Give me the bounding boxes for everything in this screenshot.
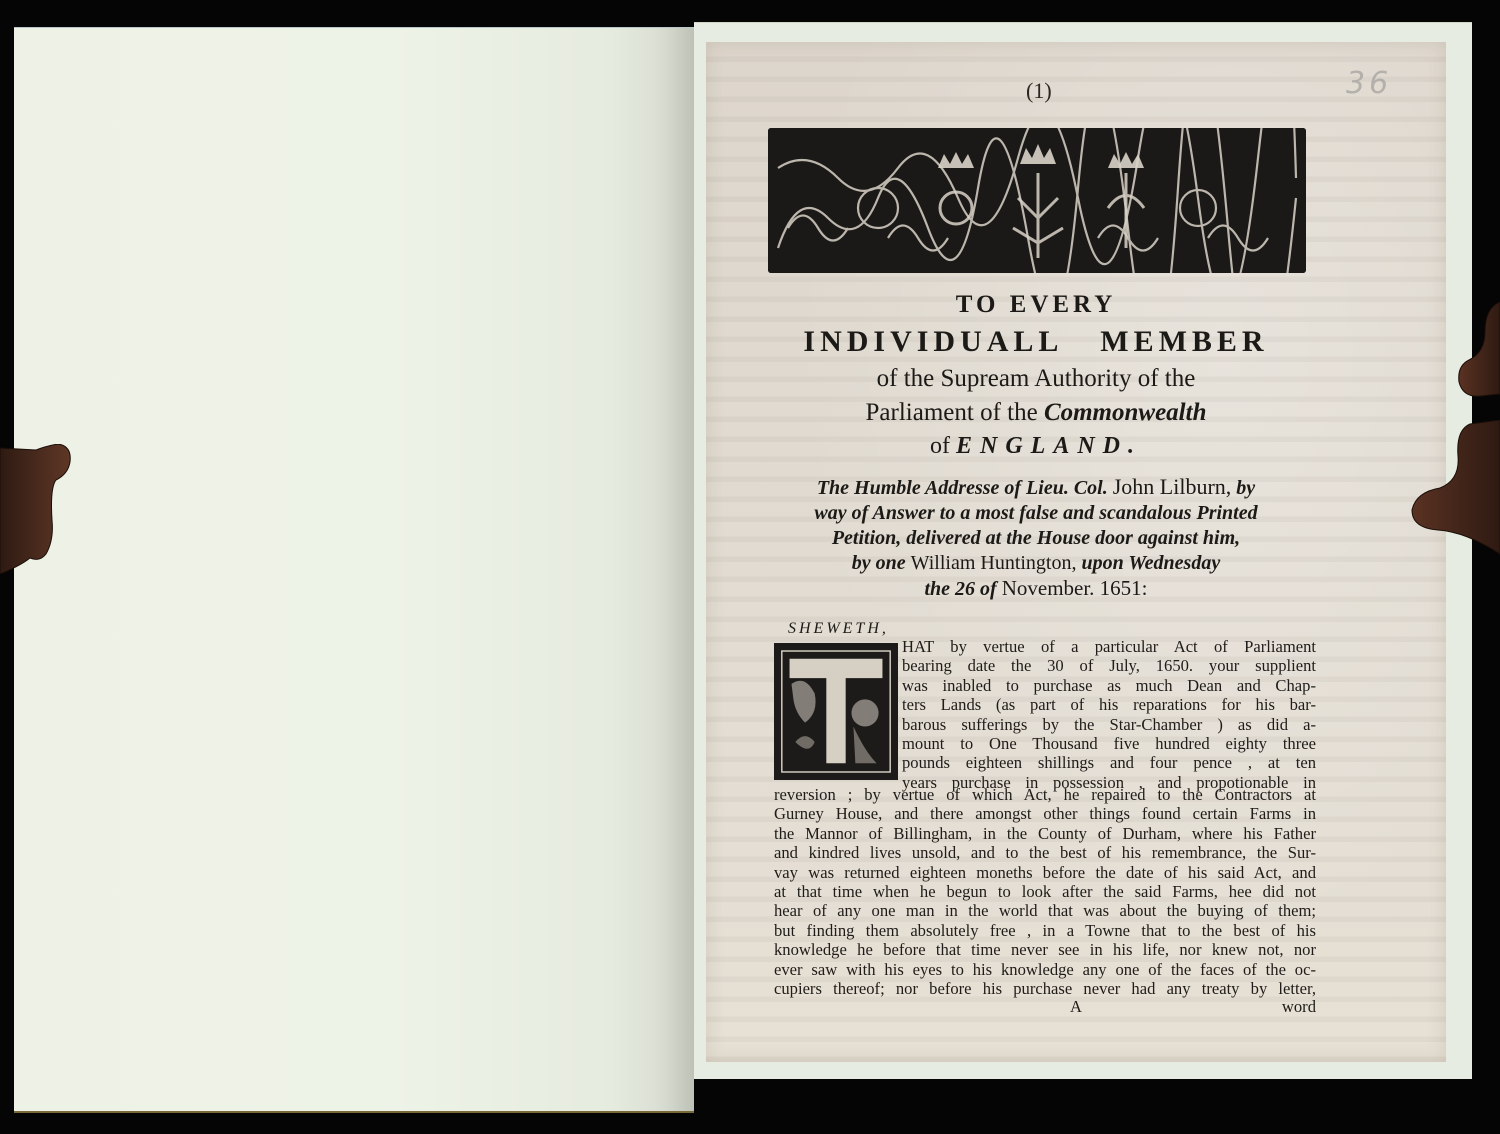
body-line: ever saw with his eyes to his knowledge … <box>774 960 1316 979</box>
clasp-shape <box>1410 420 1500 560</box>
catchword: word <box>1282 997 1316 1017</box>
printed-leaf: 36 (1) <box>706 42 1446 1062</box>
subtitle-line-3: Petition, delivered at the House door ag… <box>756 526 1316 551</box>
subtitle-block: The Humble Addresse of Lieu. Col. John L… <box>756 474 1316 602</box>
subtitle-line-5-a: the 26 of <box>924 578 1001 600</box>
title-line-5: of ENGLAND. <box>756 430 1316 462</box>
body-line: was inabled to purchase as much Dean and… <box>902 676 1316 695</box>
sheweth-heading: SHEWETH, <box>788 620 889 638</box>
signature-mark: A <box>1070 997 1082 1017</box>
title-block: TO EVERY INDIVIDUALL MEMBER of the Supre… <box>756 288 1316 462</box>
body-line: pounds eighteen shillings and four pence… <box>902 753 1316 772</box>
page-number: (1) <box>1026 78 1052 104</box>
subtitle-line-1: The Humble Addresse of Lieu. Col. John L… <box>756 474 1316 501</box>
body-line: barous sufferings by the Star-Chamber ) … <box>902 715 1316 734</box>
body-line: and kindred lives unsold, and to the bes… <box>774 843 1316 862</box>
body-line: cupiers thereof; nor before his purchase… <box>774 979 1316 998</box>
body-full-paragraph: reversion ; by vertue of which Act, he r… <box>774 785 1316 998</box>
body-line: hear of any one man in the world that wa… <box>774 901 1316 920</box>
page-footer: A word <box>774 997 1316 1017</box>
right-clasp-lower <box>1410 420 1500 560</box>
subtitle-line-1-b: John Lilburn, <box>1113 474 1232 499</box>
left-clasp <box>0 444 74 574</box>
subtitle-line-4-a: by one <box>852 552 911 574</box>
subtitle-line-3-text: Petition, delivered at the House door ag… <box>832 527 1240 549</box>
woodcut-headpiece-ornament <box>768 128 1306 273</box>
subtitle-line-4-c: upon Wednesday <box>1077 552 1221 574</box>
subtitle-line-2: way of Answer to a most false and scanda… <box>756 501 1316 526</box>
clasp-shape <box>1455 302 1500 402</box>
body-line: HAT by vertue of a particular Act of Par… <box>902 637 1316 656</box>
subtitle-line-4: by one William Huntington, upon Wednesda… <box>756 551 1316 576</box>
body-indented-paragraph: HAT by vertue of a particular Act of Par… <box>902 637 1316 792</box>
pencil-mark: 36 <box>1346 66 1392 101</box>
subtitle-line-4-b: William Huntington, <box>911 552 1077 574</box>
subtitle-line-1-c: by <box>1231 477 1255 499</box>
drop-cap-t-icon <box>776 645 896 778</box>
body-line: but finding them absolutely free , in a … <box>774 921 1316 940</box>
body-line: reversion ; by vertue of which Act, he r… <box>774 785 1316 804</box>
subtitle-line-5-b: November. 1651: <box>1002 576 1148 600</box>
title-line-2: INDIVIDUALL MEMBER <box>756 322 1316 362</box>
body-line: the Mannor of Billingham, in the County … <box>774 824 1316 843</box>
title-line-4-roman: Parliament of the <box>866 399 1044 426</box>
ornament-icon <box>768 128 1306 273</box>
body-line: vay was returned eighteen moneths before… <box>774 863 1316 882</box>
left-blank-page <box>14 27 694 1113</box>
right-clasp-upper <box>1455 302 1500 402</box>
clasp-shape <box>0 444 74 574</box>
subtitle-line-1-a: The Humble Addresse of Lieu. Col. <box>817 477 1113 499</box>
body-line: ters Lands (as part of his reparations f… <box>902 695 1316 714</box>
body-line: Gurney House, and there amongst other th… <box>774 804 1316 823</box>
title-line-4: Parliament of the Commonwealth <box>756 396 1316 430</box>
title-line-5-italic: ENGLAND. <box>956 433 1142 459</box>
decorated-initial-t <box>774 643 898 780</box>
body-line: mount to One Thousand five hundred eight… <box>902 734 1316 753</box>
title-line-1: TO EVERY <box>756 288 1316 322</box>
title-line-4-italic: Commonwealth <box>1044 399 1207 426</box>
body-line: knowledge he before that time never see … <box>774 940 1316 959</box>
subtitle-line-2-text: way of Answer to a most false and scanda… <box>814 502 1257 524</box>
title-line-5-roman: of <box>930 433 956 459</box>
body-line: at that time when he begun to look after… <box>774 882 1316 901</box>
title-line-3: of the Supream Authority of the <box>756 362 1316 396</box>
subtitle-line-5: the 26 of November. 1651: <box>756 576 1316 602</box>
body-line: bearing date the 30 of July, 1650. your … <box>902 656 1316 675</box>
